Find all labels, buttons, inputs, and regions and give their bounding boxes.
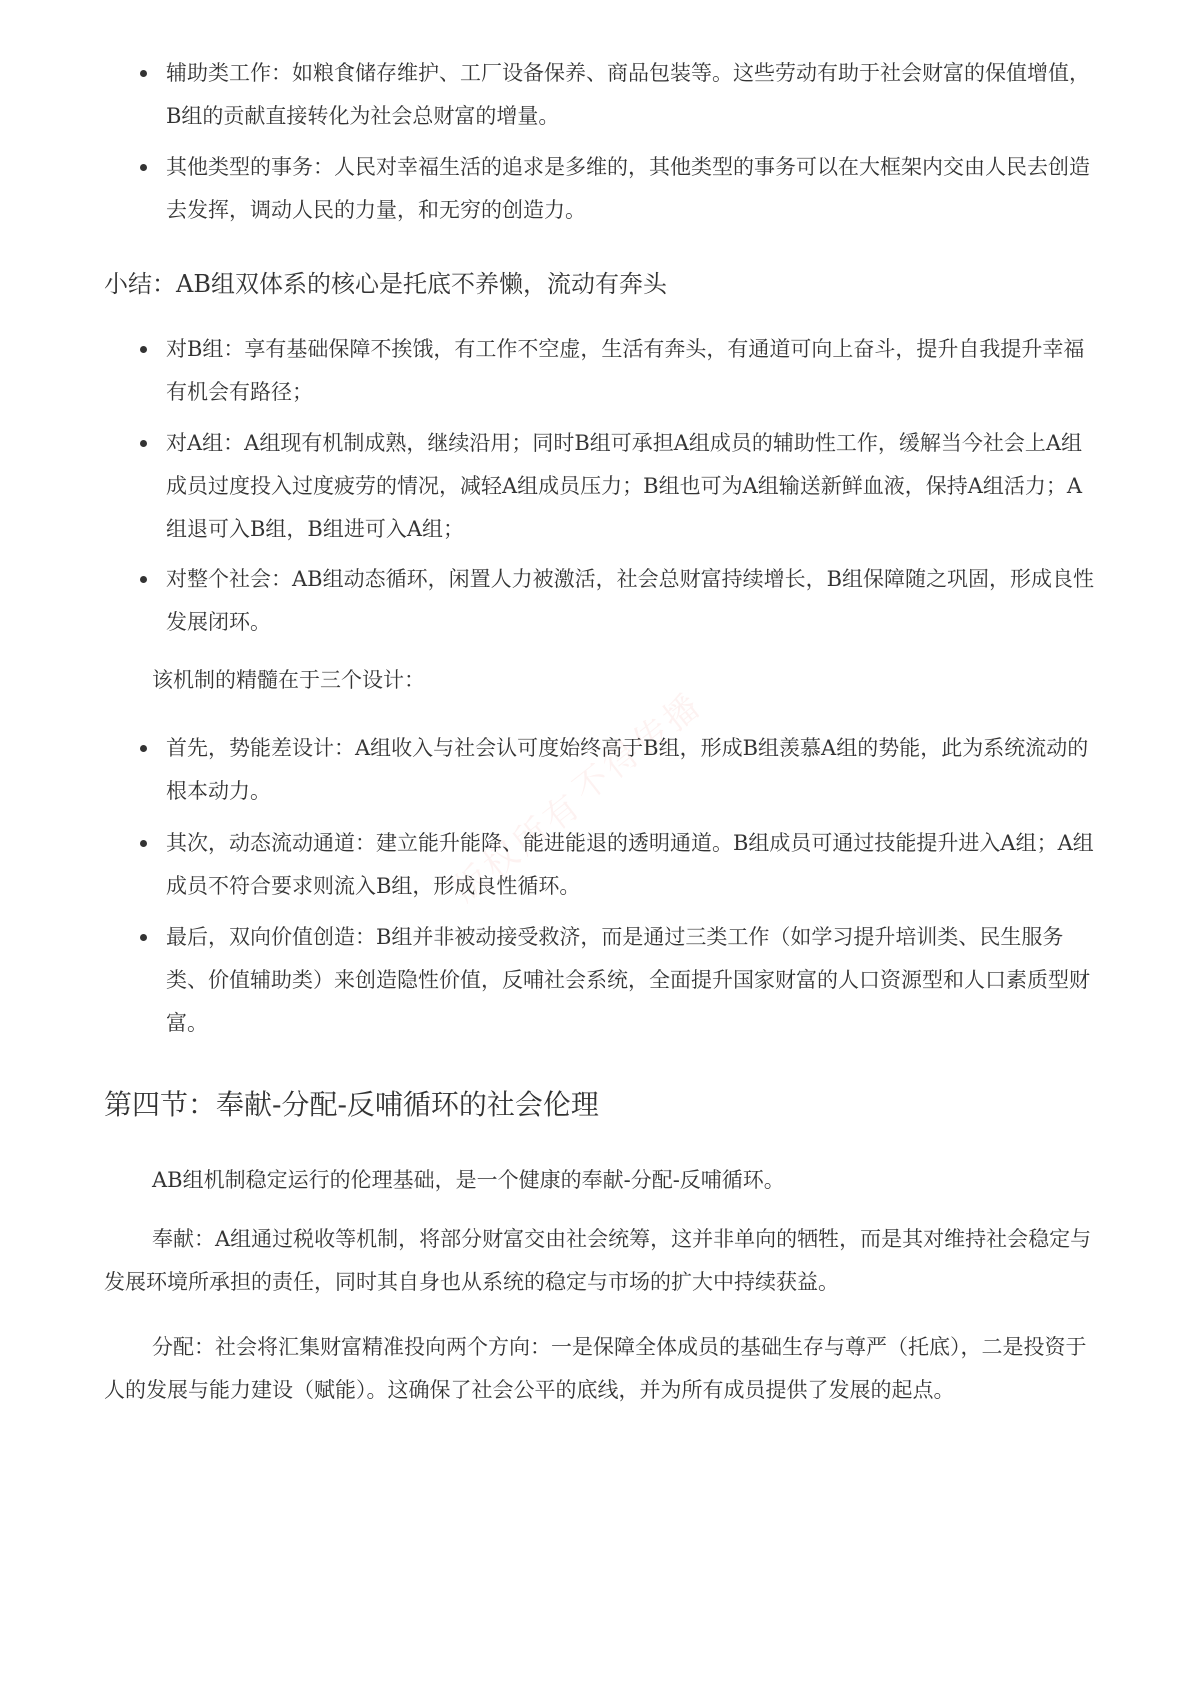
section-intro: AB组机制稳定运行的伦理基础，是一个健康的奉献-分配-反哺循环。 <box>152 1162 785 1198</box>
paragraph: 奉献：A组通过税收等机制，将部分财富交由社会统筹，这并非单向的牺牲，而是其对维持… <box>104 1218 1100 1304</box>
list-item: 对A组：A组现有机制成熟，继续沿用；同时B组可承担A组成员的辅助性工作，缓解当今… <box>140 422 1100 551</box>
bullet-icon <box>140 70 147 77</box>
list-item: 最后，双向价值创造：B组并非被动接受救济，而是通过三类工作（如学习提升培训类、民… <box>140 916 1100 1045</box>
list-item-text: 其次，动态流动通道：建立能升能降、能进能退的透明通道。B组成员可通过技能提升进入… <box>166 831 1094 898</box>
bullet-icon <box>140 346 147 353</box>
list-item-text: 对整个社会：AB组动态循环，闲置人力被激活，社会总财富持续增长，B组保障随之巩固… <box>166 567 1094 634</box>
bullet-icon <box>140 576 147 583</box>
paragraph-text: 奉献：A组通过税收等机制，将部分财富交由社会统筹，这并非单向的牺牲，而是其对维持… <box>104 1227 1091 1294</box>
list-item-text: 对A组：A组现有机制成熟，继续沿用；同时B组可承担A组成员的辅助性工作，缓解当今… <box>166 431 1082 541</box>
bullet-icon <box>140 164 147 171</box>
section-heading: 第四节：奉献-分配-反哺循环的社会伦理 <box>104 1085 599 1125</box>
list-item-text: 其他类型的事务：人民对幸福生活的追求是多维的，其他类型的事务可以在大框架内交由人… <box>166 155 1090 222</box>
bullet-icon <box>140 840 147 847</box>
paragraph-text: 分配：社会将汇集财富精准投向两个方向：一是保障全体成员的基础生存与尊严（托底），… <box>104 1335 1087 1402</box>
design-intro: 该机制的精髓在于三个设计： <box>152 662 425 698</box>
bullet-icon <box>140 440 147 447</box>
list-item: 辅助类工作：如粮食储存维护、工厂设备保养、商品包装等。这些劳动有助于社会财富的保… <box>140 52 1100 138</box>
list-item-text: 最后，双向价值创造：B组并非被动接受救济，而是通过三类工作（如学习提升培训类、民… <box>166 925 1090 1035</box>
list-item: 其他类型的事务：人民对幸福生活的追求是多维的，其他类型的事务可以在大框架内交由人… <box>140 146 1100 232</box>
list-item-text: 对B组：享有基础保障不挨饿，有工作不空虚，生活有奔头，有通道可向上奋斗，提升自我… <box>166 337 1084 404</box>
list-item-text: 辅助类工作：如粮食储存维护、工厂设备保养、商品包装等。这些劳动有助于社会财富的保… <box>166 61 1090 128</box>
list-item-text: 首先，势能差设计：A组收入与社会认可度始终高于B组，形成B组羡慕A组的势能，此为… <box>166 736 1088 803</box>
bullet-icon <box>140 934 147 941</box>
list-item: 其次，动态流动通道：建立能升能降、能进能退的透明通道。B组成员可通过技能提升进入… <box>140 822 1100 908</box>
list-item: 对B组：享有基础保障不挨饿，有工作不空虚，生活有奔头，有通道可向上奋斗，提升自我… <box>140 328 1100 414</box>
bullet-icon <box>140 745 147 752</box>
document-page: 版权所有 不得传播 辅助类工作：如粮食储存维护、工厂设备保养、商品包装等。这些劳… <box>0 0 1200 1699</box>
list-item: 对整个社会：AB组动态循环，闲置人力被激活，社会总财富持续增长，B组保障随之巩固… <box>140 558 1100 644</box>
summary-heading: 小结：AB组双体系的核心是托底不养懒，流动有奔头 <box>104 266 667 302</box>
list-item: 首先，势能差设计：A组收入与社会认可度始终高于B组，形成B组羡慕A组的势能，此为… <box>140 727 1100 813</box>
paragraph: 分配：社会将汇集财富精准投向两个方向：一是保障全体成员的基础生存与尊严（托底），… <box>104 1326 1100 1412</box>
